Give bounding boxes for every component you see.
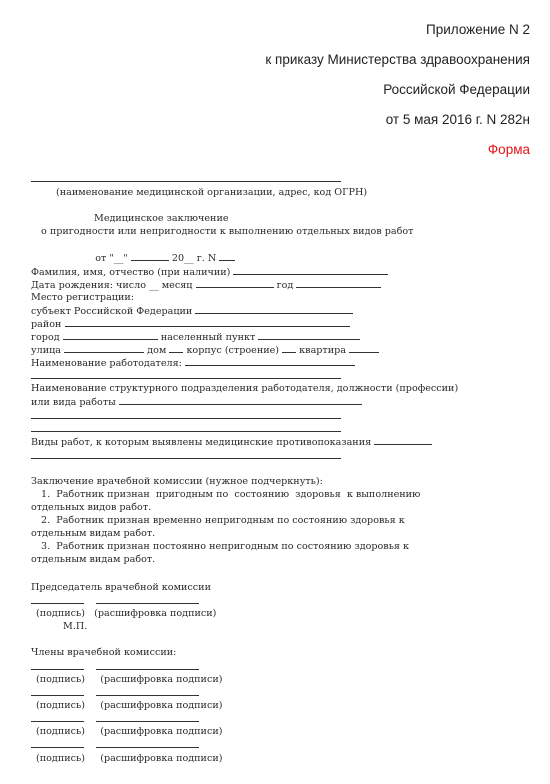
- contraindications-field[interactable]: [374, 435, 432, 445]
- date-year: 20__ г. N: [172, 253, 216, 264]
- birth-label: Дата рождения: число __ месяц: [31, 280, 192, 291]
- members-label: Члены врачебной комиссии:: [31, 646, 176, 659]
- chairman-sign-lines[interactable]: [31, 594, 199, 608]
- member-1-sign-lines[interactable]: [31, 660, 199, 674]
- apartment-field[interactable]: [349, 343, 379, 353]
- member-4-sign-lines[interactable]: [31, 738, 199, 752]
- conclusion-item-3[interactable]: 3. Работник признан постоянно непригодны…: [41, 540, 409, 553]
- order-date: от 5 мая 2016 г. N 282н: [386, 112, 530, 127]
- employer-field[interactable]: [185, 356, 355, 366]
- building-field[interactable]: [282, 343, 296, 353]
- conclusion-item-3-cont: отдельным видам работ.: [31, 553, 155, 566]
- member-3-captions: (подпись) (расшифровка подписи): [36, 725, 222, 738]
- employer-field-2[interactable]: [31, 369, 341, 383]
- member-2-sign-lines[interactable]: [31, 686, 199, 700]
- region-label: субъект Российской Федерации: [31, 306, 192, 317]
- conclusion-heading: Заключение врачебной комиссии (нужное по…: [31, 475, 323, 488]
- locality-field[interactable]: [258, 330, 360, 340]
- medical-conclusion-form: (наименование медицинской организации, а…: [31, 170, 37, 781]
- address-row: улица дом корпус (строение) квартира: [31, 343, 379, 357]
- house-label: дом: [147, 345, 166, 356]
- contraindications-row: Виды работ, к которым выявлены медицинск…: [31, 435, 432, 449]
- member-4-captions: (подпись) (расшифровка подписи): [36, 752, 222, 765]
- org-caption: (наименование медицинской организации, а…: [56, 186, 367, 199]
- doc-subtitle: о пригодности или непригодности к выполн…: [41, 225, 413, 238]
- stamp-label: М.П.: [63, 620, 87, 633]
- fio-row: Фамилия, имя, отчество (при наличии): [31, 265, 388, 279]
- district-label: район: [31, 319, 61, 330]
- city-label: город: [31, 332, 60, 343]
- district-row: район: [31, 317, 350, 331]
- chairman-label: Председатель врачебной комиссии: [31, 581, 211, 594]
- birth-month-field[interactable]: [196, 278, 274, 288]
- department-label-2: или вида работы: [31, 397, 116, 408]
- fio-label: Фамилия, имя, отчество (при наличии): [31, 267, 230, 278]
- fio-field[interactable]: [233, 265, 388, 275]
- birth-year-field[interactable]: [296, 278, 381, 288]
- contraindications-label: Виды работ, к которым выявлены медицинск…: [31, 437, 371, 448]
- employer-row: Наименование работодателя:: [31, 356, 355, 370]
- region-row: субъект Российской Федерации: [31, 304, 353, 318]
- member-1-captions: (подпись) (расшифровка подписи): [36, 673, 222, 686]
- locality-label: населенный пункт: [161, 332, 256, 343]
- department-label: Наименование структурного подразделения …: [31, 382, 458, 395]
- department-field-3[interactable]: [31, 422, 341, 436]
- employer-label: Наименование работодателя:: [31, 358, 182, 369]
- org-field[interactable]: [31, 172, 341, 186]
- number-field[interactable]: [219, 251, 235, 261]
- birth-row: Дата рождения: число __ месяц год: [31, 278, 381, 292]
- order-line: к приказу Министерства здравоохранения: [265, 52, 530, 67]
- department-field-2[interactable]: [31, 409, 341, 423]
- city-field[interactable]: [63, 330, 158, 340]
- building-label: корпус (строение): [186, 345, 279, 356]
- form-label: Форма: [488, 142, 530, 157]
- doc-title: Медицинское заключение: [94, 212, 229, 225]
- signature-caption: (подпись): [36, 608, 85, 619]
- registration-label: Место регистрации:: [31, 291, 134, 304]
- department-field[interactable]: [119, 395, 362, 405]
- apartment-label: квартира: [299, 345, 346, 356]
- conclusion-item-1[interactable]: 1. Работник признан пригодным по состоян…: [41, 488, 420, 501]
- federation-line: Российской Федерации: [383, 82, 530, 97]
- member-2-captions: (подпись) (расшифровка подписи): [36, 699, 222, 712]
- conclusion-item-2-cont: отдельным видам работ.: [31, 527, 155, 540]
- chairman-captions: (подпись) (расшифровка подписи): [36, 607, 216, 620]
- date-prefix: от "__": [95, 253, 128, 264]
- appendix-number: Приложение N 2: [426, 22, 530, 37]
- region-field[interactable]: [195, 304, 353, 314]
- district-field[interactable]: [65, 317, 350, 327]
- member-3-sign-lines[interactable]: [31, 712, 199, 726]
- house-field[interactable]: [169, 343, 183, 353]
- city-row: город населенный пункт: [31, 330, 360, 344]
- department-row: или вида работы: [31, 395, 362, 409]
- conclusion-item-2[interactable]: 2. Работник признан временно непригодным…: [41, 514, 405, 527]
- birth-year-label: год: [277, 280, 294, 291]
- month-field[interactable]: [131, 251, 169, 261]
- contraindications-field-2[interactable]: [31, 449, 341, 463]
- street-field[interactable]: [64, 343, 144, 353]
- street-label: улица: [31, 345, 61, 356]
- conclusion-item-1-cont: отдельных видов работ.: [31, 501, 151, 514]
- decode-caption: (расшифровка подписи): [94, 608, 216, 619]
